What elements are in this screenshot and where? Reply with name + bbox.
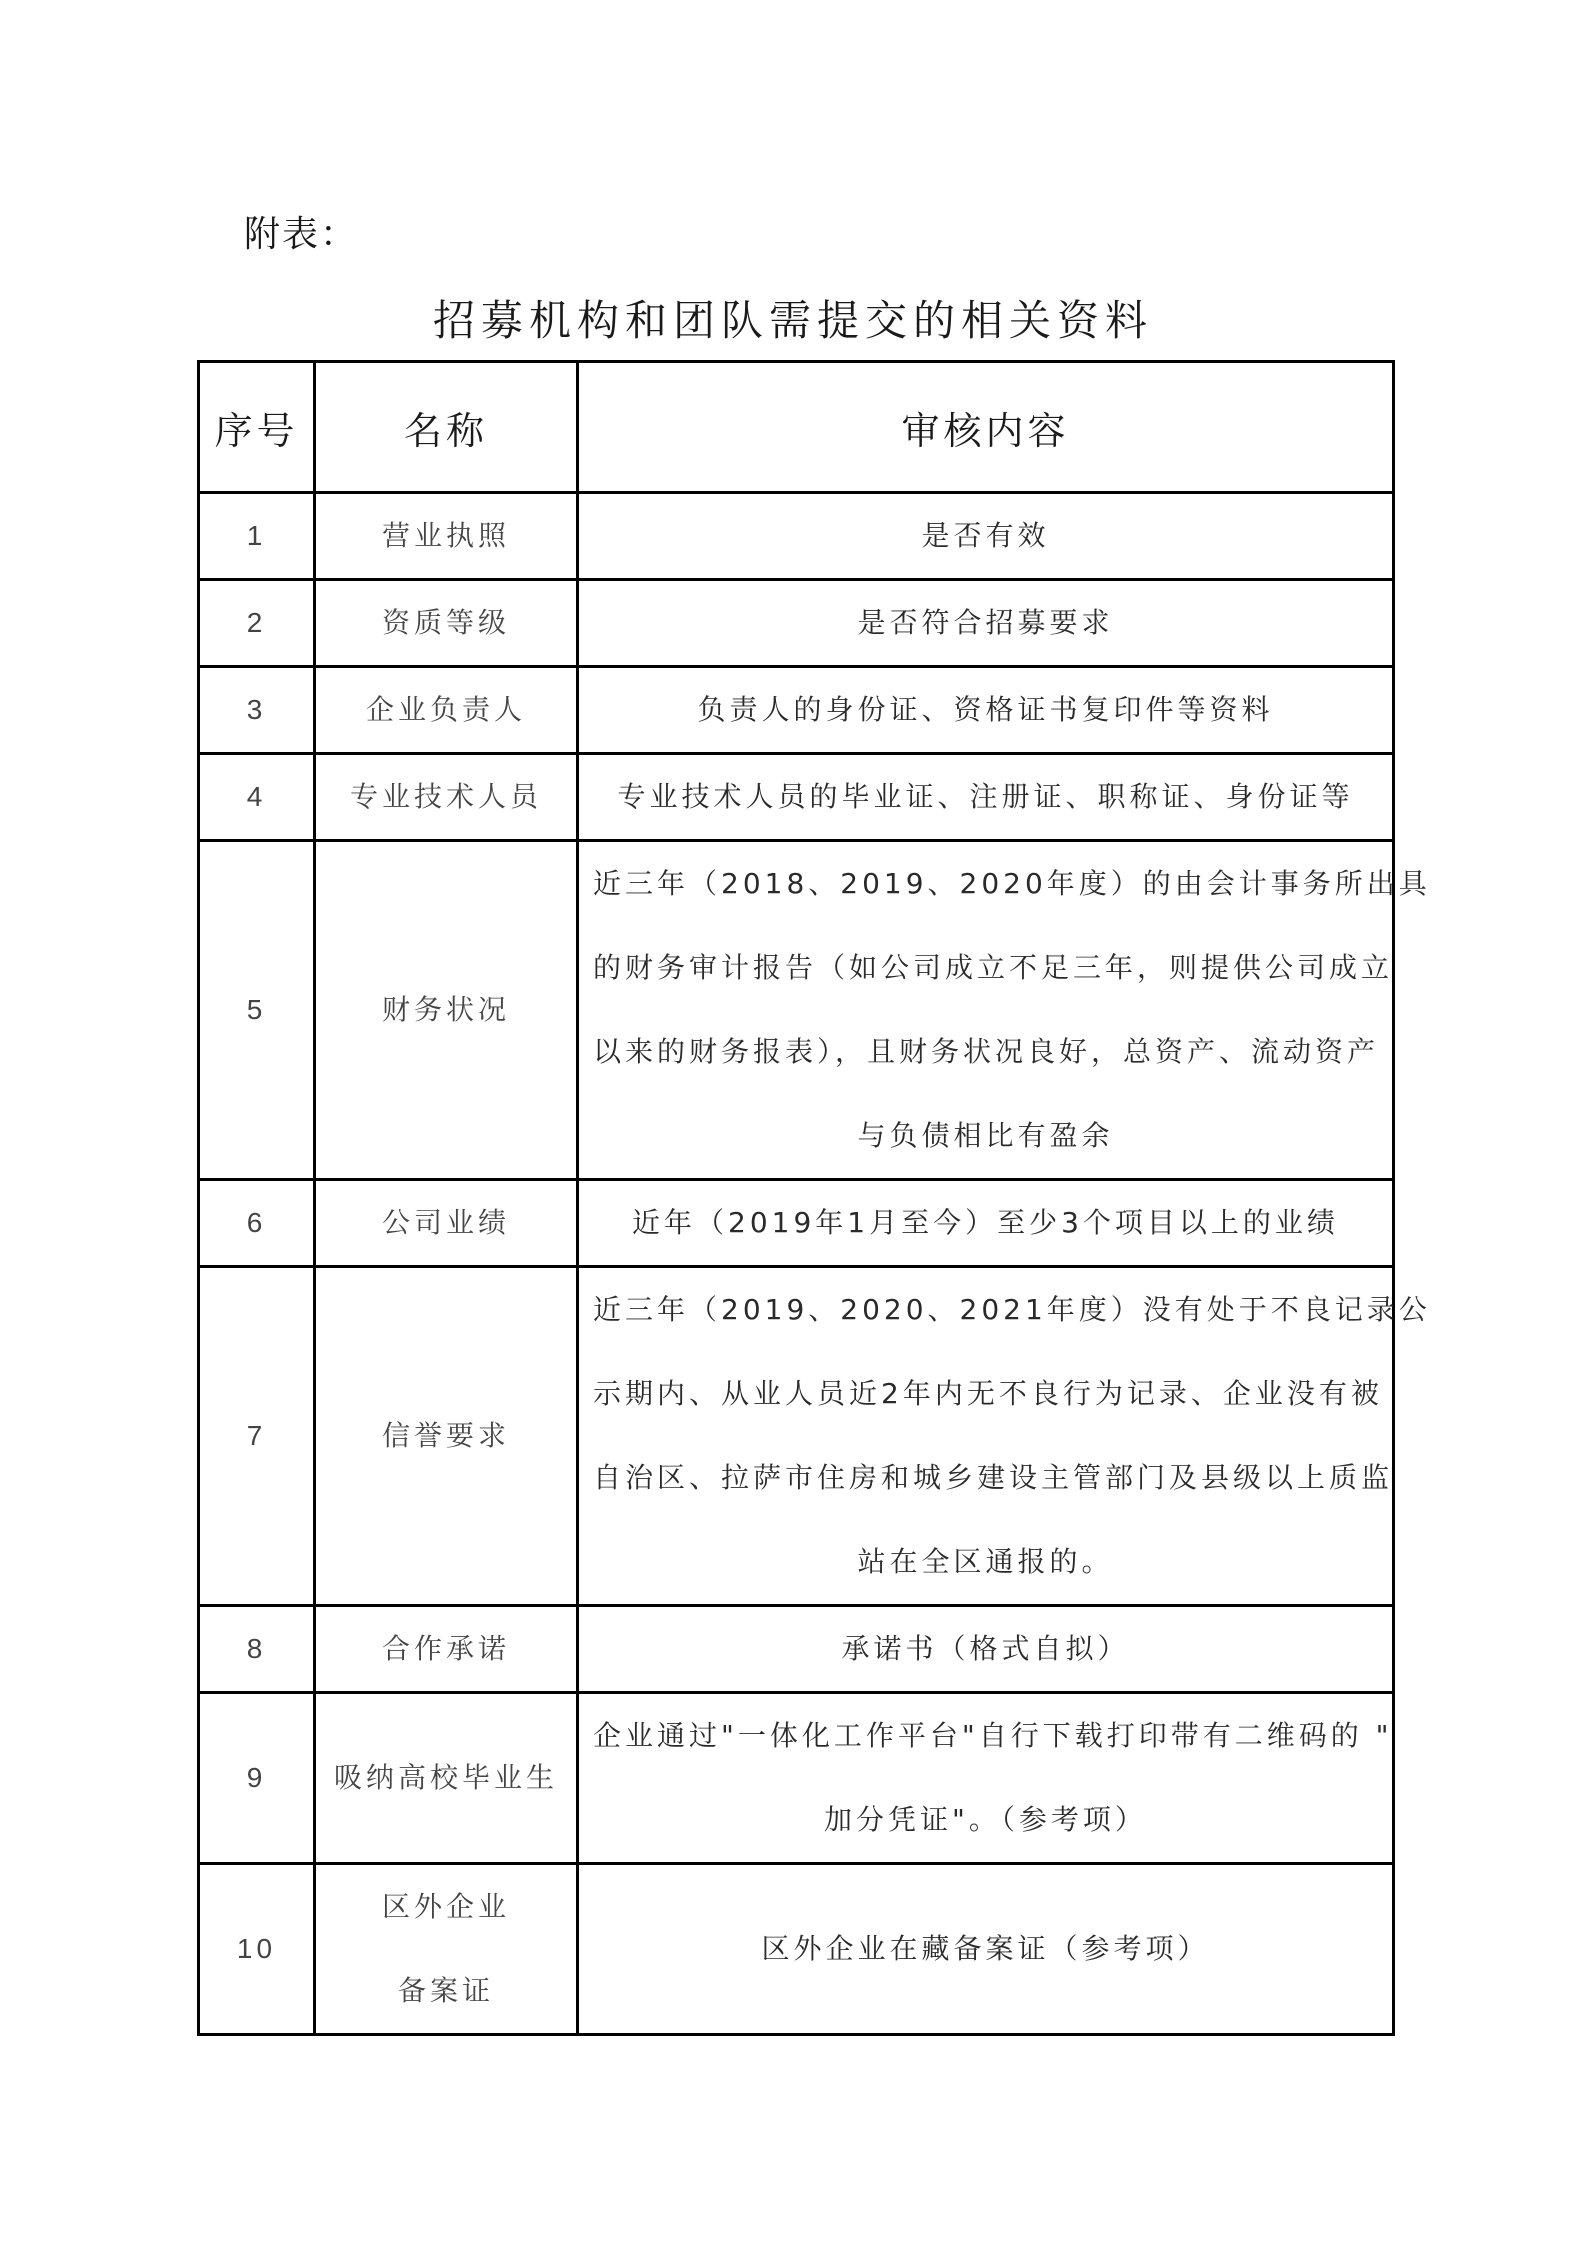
item-name-line: 备案证: [330, 1949, 562, 2033]
row-serial-number: 7: [199, 1267, 315, 1606]
row-item-name: 合作承诺: [315, 1606, 578, 1693]
row-serial-number: 9: [199, 1693, 315, 1864]
table-row: 2资质等级是否符合招募要求: [199, 580, 1394, 667]
review-content-line: 的财务审计报告（如公司成立不足三年，则提供公司成立: [593, 926, 1378, 1010]
row-serial-number: 2: [199, 580, 315, 667]
row-item-name: 区外企业备案证: [315, 1864, 578, 2035]
row-review-content: 负责人的身份证、资格证书复印件等资料: [578, 667, 1394, 754]
table-row: 4专业技术人员专业技术人员的毕业证、注册证、职称证、身份证等: [199, 754, 1394, 841]
review-content-line: 近三年（2018、2019、2020年度）的由会计事务所出具: [593, 842, 1378, 926]
review-content-line: 是否符合招募要求: [593, 581, 1378, 665]
item-name-line: 企业负责人: [330, 668, 562, 752]
row-item-name: 财务状况: [315, 841, 578, 1180]
requirements-table: 序号 名称 审核内容 1营业执照是否有效2资质等级是否符合招募要求3企业负责人负…: [197, 360, 1395, 2036]
row-item-name: 公司业绩: [315, 1180, 578, 1267]
row-serial-number: 10: [199, 1864, 315, 2035]
table-header-row: 序号 名称 审核内容: [199, 362, 1394, 493]
item-name-line: 吸纳高校毕业生: [330, 1736, 562, 1820]
row-review-content: 区外企业在藏备案证（参考项）: [578, 1864, 1394, 2035]
item-name-line: 财务状况: [330, 968, 562, 1052]
review-content-line: 站在全区通报的。: [593, 1520, 1378, 1604]
document-title: 招募机构和团队需提交的相关资料: [0, 288, 1586, 348]
row-review-content: 企业通过"一体化工作平台"自行下载打印带有二维码的 "加分凭证"。（参考项）: [578, 1693, 1394, 1864]
row-serial-number: 8: [199, 1606, 315, 1693]
review-content-line: 示期内、从业人员近2年内无不良行为记录、企业没有被: [593, 1352, 1378, 1436]
review-content-line: 以来的财务报表），且财务状况良好，总资产、流动资产: [593, 1010, 1378, 1094]
item-name-line: 营业执照: [330, 494, 562, 578]
review-content-line: 企业通过"一体化工作平台"自行下载打印带有二维码的 ": [593, 1694, 1378, 1778]
table-row: 8合作承诺承诺书（格式自拟）: [199, 1606, 1394, 1693]
row-review-content: 专业技术人员的毕业证、注册证、职称证、身份证等: [578, 754, 1394, 841]
item-name-line: 合作承诺: [330, 1607, 562, 1691]
review-content-line: 自治区、拉萨市住房和城乡建设主管部门及县级以上质监: [593, 1436, 1378, 1520]
row-item-name: 资质等级: [315, 580, 578, 667]
row-serial-number: 4: [199, 754, 315, 841]
review-content-line: 区外企业在藏备案证（参考项）: [593, 1907, 1378, 1991]
item-name-line: 公司业绩: [330, 1181, 562, 1265]
header-serial-number: 序号: [199, 362, 315, 493]
review-content-line: 近年（2019年1月至今）至少3个项目以上的业绩: [593, 1181, 1378, 1265]
review-content-line: 近三年（2019、2020、2021年度）没有处于不良记录公: [593, 1268, 1378, 1352]
table-row: 6公司业绩近年（2019年1月至今）至少3个项目以上的业绩: [199, 1180, 1394, 1267]
row-review-content: 是否符合招募要求: [578, 580, 1394, 667]
appendix-label: 附表：: [244, 206, 358, 257]
header-review-content: 审核内容: [578, 362, 1394, 493]
row-item-name: 信誉要求: [315, 1267, 578, 1606]
review-content-line: 是否有效: [593, 494, 1378, 578]
row-item-name: 吸纳高校毕业生: [315, 1693, 578, 1864]
item-name-line: 专业技术人员: [330, 755, 562, 839]
review-content-line: 与负债相比有盈余: [593, 1094, 1378, 1178]
table-row: 9吸纳高校毕业生企业通过"一体化工作平台"自行下载打印带有二维码的 "加分凭证"…: [199, 1693, 1394, 1864]
table-row: 5财务状况近三年（2018、2019、2020年度）的由会计事务所出具的财务审计…: [199, 841, 1394, 1180]
review-content-line: 负责人的身份证、资格证书复印件等资料: [593, 668, 1378, 752]
review-content-line: 承诺书（格式自拟）: [593, 1607, 1378, 1691]
item-name-line: 资质等级: [330, 581, 562, 665]
row-serial-number: 6: [199, 1180, 315, 1267]
table-row: 10区外企业备案证区外企业在藏备案证（参考项）: [199, 1864, 1394, 2035]
row-serial-number: 3: [199, 667, 315, 754]
table-row: 1营业执照是否有效: [199, 493, 1394, 580]
review-content-line: 专业技术人员的毕业证、注册证、职称证、身份证等: [593, 755, 1378, 839]
table-row: 3企业负责人负责人的身份证、资格证书复印件等资料: [199, 667, 1394, 754]
review-content-line: 加分凭证"。（参考项）: [593, 1778, 1378, 1862]
row-serial-number: 5: [199, 841, 315, 1180]
table-row: 7信誉要求近三年（2019、2020、2021年度）没有处于不良记录公示期内、从…: [199, 1267, 1394, 1606]
item-name-line: 信誉要求: [330, 1394, 562, 1478]
row-review-content: 承诺书（格式自拟）: [578, 1606, 1394, 1693]
row-review-content: 近年（2019年1月至今）至少3个项目以上的业绩: [578, 1180, 1394, 1267]
row-review-content: 近三年（2018、2019、2020年度）的由会计事务所出具的财务审计报告（如公…: [578, 841, 1394, 1180]
table-body: 1营业执照是否有效2资质等级是否符合招募要求3企业负责人负责人的身份证、资格证书…: [199, 493, 1394, 2035]
row-review-content: 是否有效: [578, 493, 1394, 580]
header-name: 名称: [315, 362, 578, 493]
row-review-content: 近三年（2019、2020、2021年度）没有处于不良记录公示期内、从业人员近2…: [578, 1267, 1394, 1606]
item-name-line: 区外企业: [330, 1865, 562, 1949]
row-item-name: 营业执照: [315, 493, 578, 580]
row-serial-number: 1: [199, 493, 315, 580]
row-item-name: 企业负责人: [315, 667, 578, 754]
row-item-name: 专业技术人员: [315, 754, 578, 841]
